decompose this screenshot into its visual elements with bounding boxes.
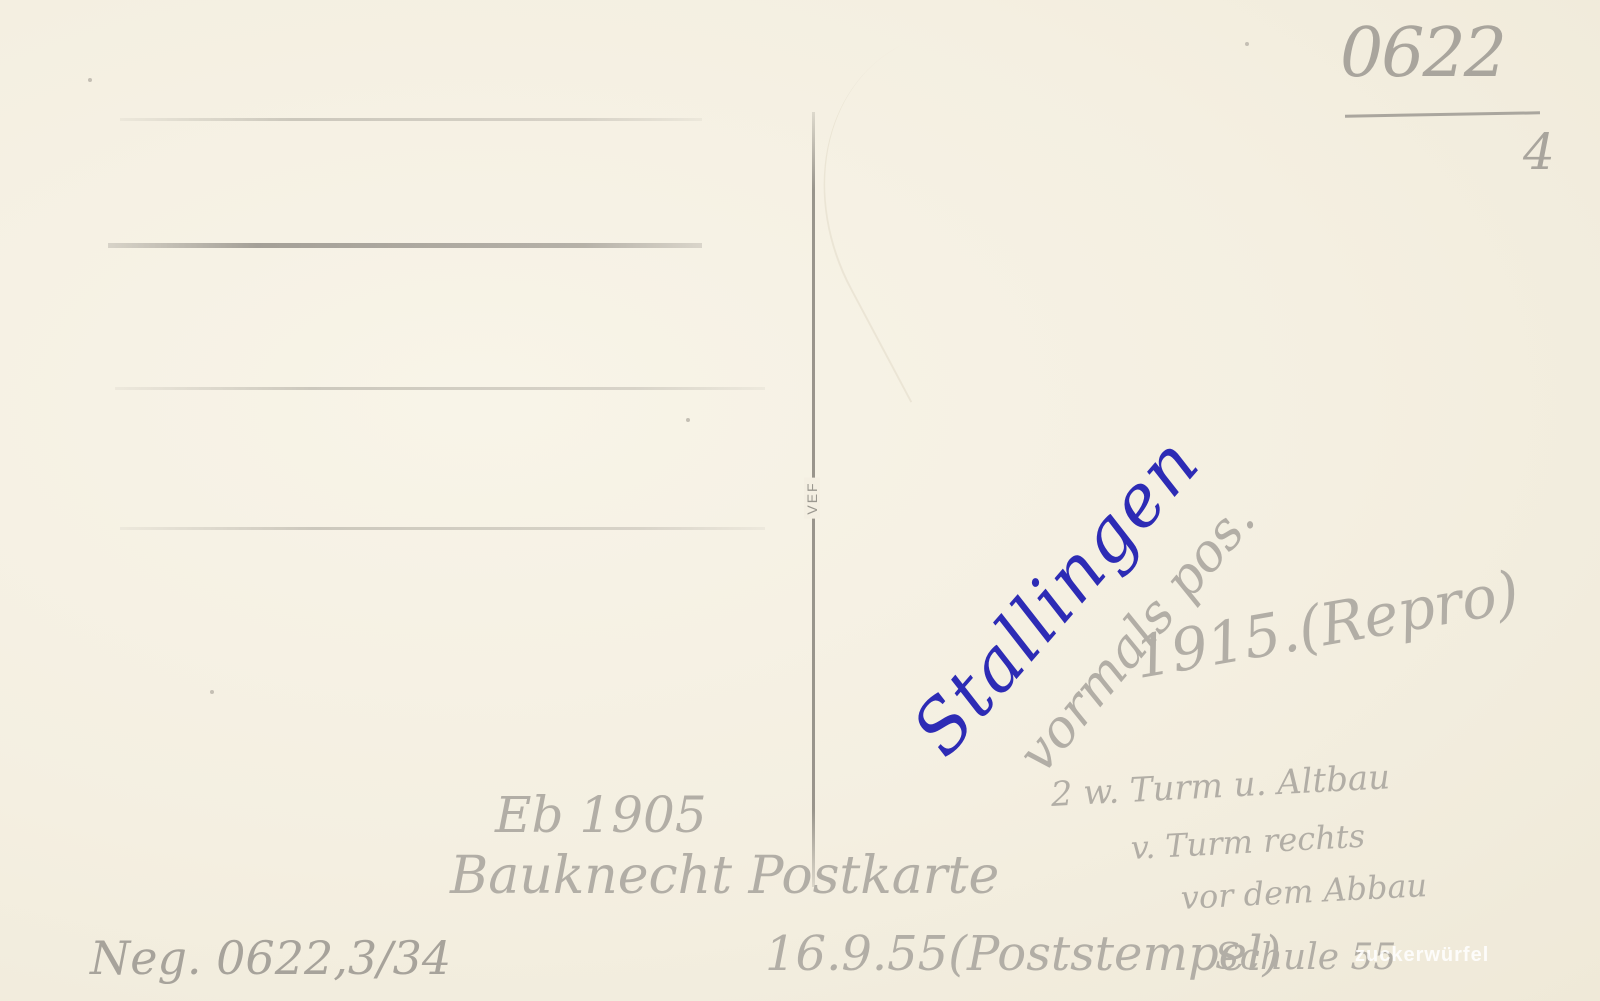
since-note: Eb 1905 <box>495 790 707 840</box>
publisher-note: Bauknecht Postkarte <box>450 850 999 902</box>
address-line-4 <box>120 527 765 530</box>
archive-sub-number: 4 <box>1523 127 1555 177</box>
description-line-1: 2 w. Turm u. Altbau <box>1050 760 1391 812</box>
archive-number: 0622 <box>1340 20 1505 88</box>
paper-speck <box>686 418 690 422</box>
divider-label: VEF <box>804 477 820 518</box>
description-line-2: v. Turm rechts <box>1130 820 1366 864</box>
paper-speck <box>1245 42 1249 46</box>
paper-speck <box>210 690 214 694</box>
address-line-1 <box>120 118 702 121</box>
paper-speck <box>88 78 92 82</box>
negative-number: Neg. 0622,3/34 <box>90 935 451 981</box>
address-line-2 <box>108 243 702 248</box>
watermark: zuckerwürfel <box>1355 944 1489 967</box>
description-line-3: vor dem Abbau <box>1180 869 1428 914</box>
address-line-3 <box>115 387 765 390</box>
archive-number-underline <box>1345 111 1540 117</box>
postmark-date: 16.9.55(Poststempel) <box>765 930 1281 978</box>
postcard-back: VEF 0622 4 Stallingen vormals pos. 1915.… <box>0 0 1600 1001</box>
paper-crease <box>760 0 1142 403</box>
